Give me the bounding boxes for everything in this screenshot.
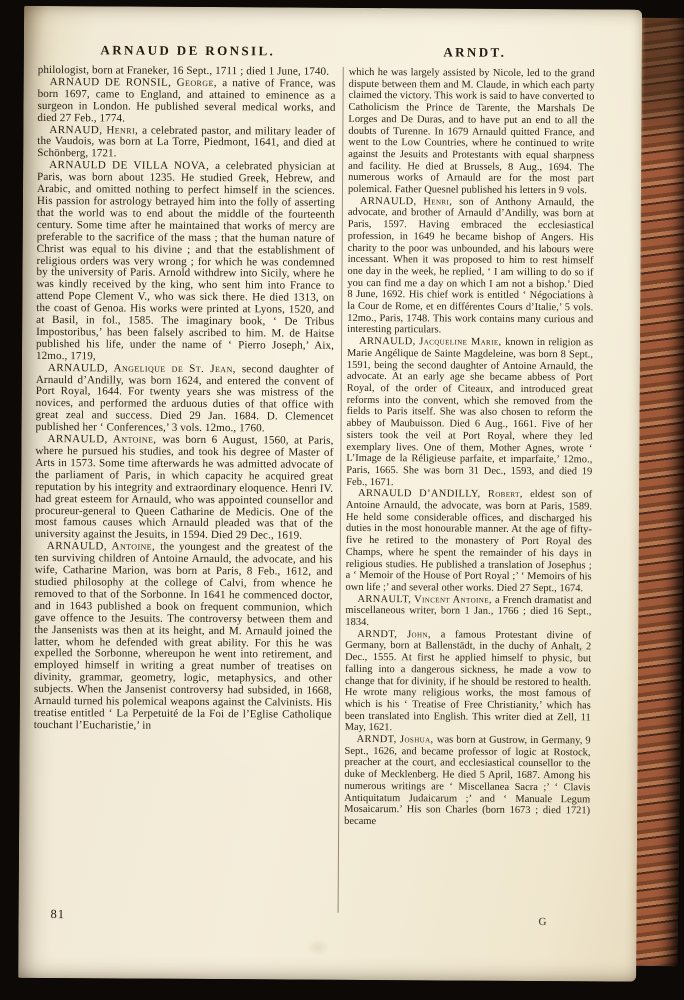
entry-headword: ARNAULD, Angelique de St. Jean, (48, 362, 242, 375)
book-page: ARNAUD DE RONSIL. ARNDT. philologist, bo… (18, 6, 642, 982)
entry-paragraph: ARNAULD, Antoine, the youngest and the g… (34, 541, 333, 733)
running-header-right: ARNDT. (351, 44, 599, 62)
entry-paragraph: ARNDT, Joshua, was born at Gustrow, in G… (344, 734, 591, 829)
column-divider (338, 67, 344, 913)
entry-paragraph: which he was largely assisted by Nicole,… (348, 67, 595, 197)
entry-paragraph: ARNAULD, Henri, son of Anthony Arnauld, … (347, 196, 594, 338)
entry-headword: ARNAUD DE RONSIL, George, (50, 76, 223, 89)
entry-paragraph: ARNDT, John, a famous Protestant divine … (345, 629, 592, 736)
entry-headword: ARNAULD, Henri, (360, 196, 459, 208)
entry-headword: ARNDT, John, (357, 629, 441, 641)
entry-paragraph: ARNAULD D’ANDILLY, Robert, eldest son of… (346, 488, 593, 595)
entry-headword: ARNAULD, Antoine, (47, 540, 161, 553)
book-photo: ARNAUD DE RONSIL. ARNDT. philologist, bo… (0, 0, 684, 1000)
entry-headword: ARNAULT, Vincent Antoine, (357, 594, 495, 606)
entry-headword: ARNAULD, Jacqueline Marie, (359, 336, 505, 348)
entry-paragraph: ARNAULD, Jacqueline Marie, known in reli… (346, 336, 593, 490)
running-header-left: ARNAUD DE RONSIL. (38, 42, 338, 60)
entry-paragraph: ARNAULD, Angelique de St. Jean, second d… (36, 363, 334, 436)
entry-headword: ARNAULD D’ANDILLY, Robert, (358, 488, 530, 500)
entry-headword: ARNAULD DE VILLA NOVA, (49, 159, 215, 172)
signature-mark: G (538, 916, 546, 928)
entry-paragraph: ARNAULD, Antoine, was born 6 August, 156… (35, 434, 334, 543)
column-right: which he was largely assisted by Nicole,… (344, 67, 595, 914)
entry-headword: ARNDT, Joshua, (357, 734, 437, 745)
column-left: philologist, born at Franeker, 16 Sept.,… (33, 65, 336, 913)
page-number: 81 (51, 907, 66, 922)
entry-paragraph: ARNAUD DE RONSIL, George, a native of Fr… (37, 77, 335, 126)
entry-headword: ARNAUD, Henri, (49, 124, 142, 137)
text-block: philologist, born at Franeker, 16 Sept.,… (19, 65, 642, 915)
entry-paragraph: ARNAULT, Vincent Antoine, a French drama… (345, 593, 591, 630)
running-headers: ARNAUD DE RONSIL. ARNDT. (24, 6, 642, 69)
entry-paragraph: ARNAULD DE VILLA NOVA, a celebrated phys… (36, 160, 335, 364)
entry-paragraph: ARNAUD, Henri, a celebrated pastor, and … (37, 124, 335, 162)
entry-headword: ARNAULD, Antoine, (47, 433, 162, 446)
